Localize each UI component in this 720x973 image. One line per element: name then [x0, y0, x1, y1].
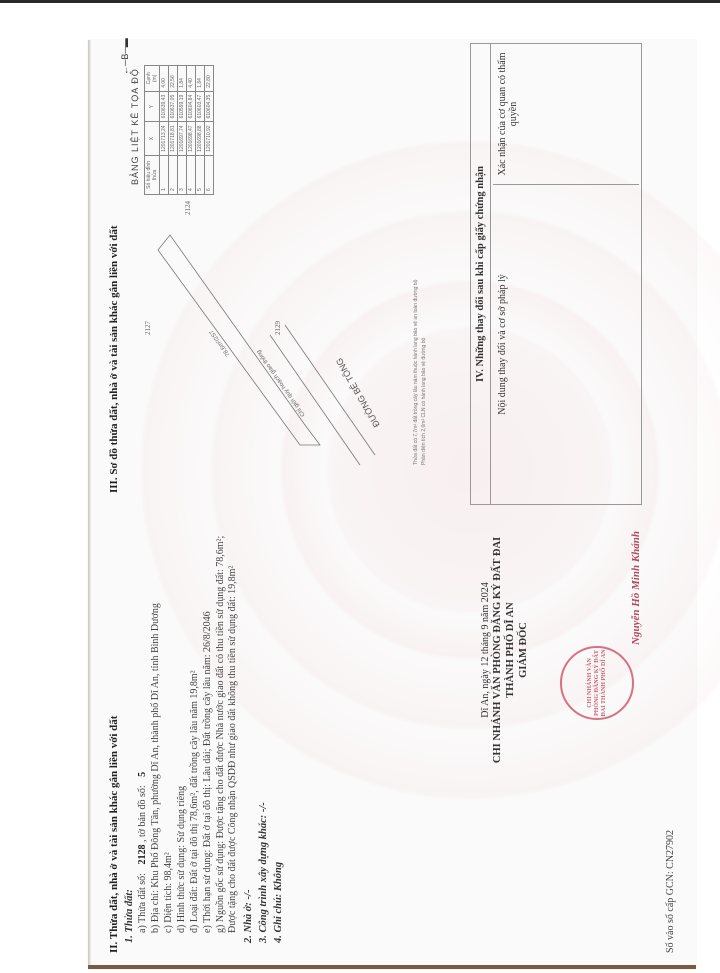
label: b) Địa chỉ: — [150, 890, 161, 933]
svg-text:2129: 2129 — [274, 321, 282, 336]
label: e) Thời hạn sử dụng: — [202, 850, 213, 933]
rotated-content: II. Thửa đất, nhà ở và tài sản khác gắn … — [90, 45, 690, 965]
other-construction: 3. Công trình xây dựng khác: -/- — [258, 525, 269, 943]
changes-content-column: Nội dung thay đổi và cơ sở pháp lý — [493, 184, 639, 504]
table-cell: 1201698,88 — [196, 122, 205, 155]
value: Sử dụng riêng — [176, 786, 187, 843]
table-row: 21201718,81610637,0522,56 — [169, 66, 178, 195]
table-cell: 4,00 — [160, 66, 169, 92]
signer-position: GIÁM ĐỐC — [517, 525, 530, 775]
table-cell: 3 — [178, 155, 187, 194]
header-cell: Cạnh (m) — [145, 66, 160, 92]
svg-text:2127: 2127 — [144, 321, 152, 336]
coord-table: Số hiệu đỉnh thửa X Y Cạnh (m) 11201713,… — [144, 65, 214, 195]
table-cell: 4 — [187, 155, 196, 194]
diagram-legend: Thửa đất có 7,7m² đất trồng cây lâu năm … — [412, 280, 428, 465]
table-cell: 2 — [169, 155, 178, 194]
svg-text:ĐƯỜNG BÊ TÔNG: ĐƯỜNG BÊ TÔNG — [334, 356, 382, 429]
legend-line: Thửa đất có 7,7m² đất trồng cây lâu năm … — [412, 280, 420, 465]
org-line-2: THÀNH PHỐ DĨ AN — [504, 525, 517, 775]
parcel-sketch: ĐƯỜNG BÊ TÔNG Chỉ giới quy hoạch giao th… — [130, 185, 410, 485]
table-cell: 610604,84 — [187, 91, 196, 122]
header-cell: Y — [145, 91, 160, 122]
parcel-number: a) Thửa đất số: 2128 , tờ bản đồ số: 5 — [137, 525, 149, 933]
parcel-diagram: ←─B─▬ ĐƯỜNG BÊ TÔNG Chỉ giới quy hoạch g… — [130, 65, 460, 485]
top-border — [0, 0, 720, 3]
table-cell: 1,84 — [178, 66, 187, 92]
table-cell: 610639,43 — [160, 91, 169, 122]
value: 5 — [137, 772, 148, 777]
section-ii-title: II. Thửa đất, nhà ở và tài sản khác gắn … — [108, 525, 120, 953]
table-cell: 610599,19 — [178, 91, 187, 122]
land-type: đ) Loại đất: Đất ở tại đô thị 78,6m², đấ… — [189, 525, 201, 933]
table-row: 31201697,74610599,191,84 — [178, 66, 187, 195]
table-cell: 22,56 — [169, 66, 178, 92]
svg-text:Chỉ giới quy hoạch giao thông: Chỉ giới quy hoạch giao thông — [255, 349, 306, 418]
section-iv-title: IV. Những thay đổi sau khi cấp giấy chứn… — [471, 44, 491, 504]
label: d) Hình thức sử dụng: — [176, 845, 187, 933]
table-cell: 1201710,92 — [205, 122, 214, 155]
value: Khu Phố Đông Tân, phường Dĩ An, thành ph… — [150, 603, 161, 888]
label: , tờ bản đồ số: — [137, 785, 148, 842]
house-info: 2. Nhà ở: -/- — [243, 525, 254, 943]
value: Đất ở tại đô thị 78,6m², đất trồng cây l… — [189, 670, 200, 883]
table-row: 61201710,92610604,3522,80 — [205, 66, 214, 195]
notes: 4. Ghi chú: Không — [273, 525, 284, 943]
north-arrow-icon: ←─B─▬ — [120, 38, 130, 75]
place-date: Dĩ An, ngày 12 tháng 9 năm 2024 — [480, 525, 491, 775]
section-iii-title: III. Sơ đồ thửa đất, nhà ở và tài sản kh… — [108, 45, 120, 493]
svg-text:78,6m²/2S7: 78,6m²/2S7 — [209, 328, 232, 357]
section-ii: II. Thửa đất, nhà ở và tài sản khác gắn … — [90, 525, 690, 965]
changes-table: IV. Những thay đổi sau khi cấp giấy chứn… — [470, 43, 642, 505]
usage-origin: g) Nguồn gốc sử dụng: Được tặng cho đất … — [215, 525, 239, 933]
value: 2128 — [137, 845, 148, 865]
usage-form: d) Hình thức sử dụng: Sử dụng riêng — [176, 525, 188, 933]
table-row: 51201698,88610603,471,84 — [196, 66, 205, 195]
table-row: 41201698,47610604,844,40 — [187, 66, 196, 195]
table-cell: 5 — [196, 155, 205, 194]
label: g) Nguồn gốc sử dụng: — [215, 841, 226, 933]
authority-confirmation-column: Xác nhận của cơ quan có thẩm quyền — [493, 44, 639, 184]
table-cell: 610637,05 — [169, 91, 178, 122]
parcel-subtitle: 1. Thửa đất: — [124, 525, 135, 943]
label: c) Diện tích: — [163, 883, 174, 933]
svg-text:2124: 2124 — [184, 201, 192, 216]
table-cell: 1201718,81 — [169, 122, 178, 155]
header-cell: X — [145, 122, 160, 155]
table-cell: 1201698,47 — [187, 122, 196, 155]
signature-block: Dĩ An, ngày 12 tháng 9 năm 2024 CHI NHÁN… — [480, 525, 530, 775]
table-cell: 610603,47 — [196, 91, 205, 122]
parcel-address: b) Địa chỉ: Khu Phố Đông Tân, phường Dĩ … — [150, 525, 162, 933]
official-stamp: CHI NHÁNH VĂN PHÒNG ĐĂNG KÝ ĐẤT ĐAI THÀN… — [560, 646, 634, 720]
table-cell: 6 — [205, 155, 214, 194]
table-cell: 1201697,74 — [178, 122, 187, 155]
parcel-area: c) Diện tích: 98,4m² — [163, 525, 175, 933]
table-cell: 1201713,24 — [160, 122, 169, 155]
table-cell: 610604,35 — [205, 91, 214, 122]
table-row: 11201713,24610639,434,00 — [160, 66, 169, 195]
org-line-1: CHI NHÁNH VĂN PHÒNG ĐĂNG KÝ ĐẤT ĐAI — [491, 525, 504, 775]
table-cell: 1,84 — [196, 66, 205, 92]
usage-term: e) Thời hạn sử dụng: Đất ở tại đô thị: L… — [202, 525, 214, 933]
signer-name: Nguyễn Hồ Minh Khánh — [630, 531, 642, 645]
value: 98,4m² — [163, 852, 174, 880]
table-cell: 1 — [160, 155, 169, 194]
label: a) Thửa đất số: — [137, 873, 148, 933]
value: Đất ở tại đô thị: Lâu dài; Đất trồng cây… — [202, 611, 213, 847]
coord-table-title: BẢNG LIỆT KÊ TỌA ĐỘ — [130, 68, 140, 185]
gcn-number: Số vào sổ cấp GCN: CN27902 — [665, 830, 676, 953]
section-iii-iv: III. Sơ đồ thửa đất, nhà ở và tài sản kh… — [90, 45, 690, 505]
header-cell: Số hiệu đỉnh thửa — [145, 155, 160, 194]
table-cell: 4,40 — [187, 66, 196, 92]
legend-line: Phần diện tích 2,6m² CLN có hành lang bả… — [420, 280, 428, 465]
table-cell: 22,80 — [205, 66, 214, 92]
label: đ) Loại đất: — [189, 886, 200, 933]
